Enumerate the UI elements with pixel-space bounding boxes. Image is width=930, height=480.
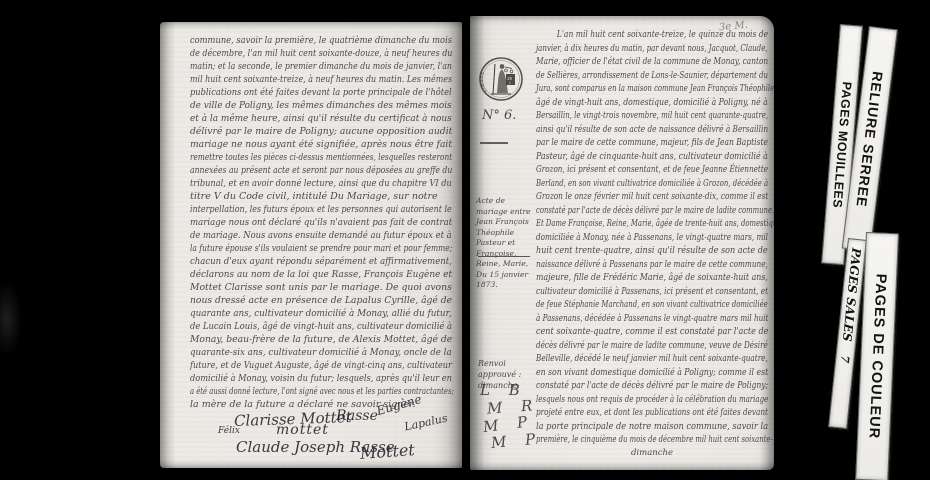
handwritten-line: quarante ans, cultivateur domicilié à Mo… [190, 307, 433, 320]
act-number: N° 6. [482, 108, 516, 123]
handwritten-line: constaté par l'acte de décès délivré par… [536, 379, 722, 393]
handwritten-line: cultivateur domicilié à Passenans, ici p… [536, 285, 714, 299]
handwritten-line: matin; et la seconde, le premier dimanch… [190, 60, 406, 73]
margin-note-line: Jean François Théophile [476, 217, 534, 238]
microfilm-scan-viewport: { "scan": { "colors": { "background": "#… [0, 0, 930, 480]
right-page-text: L'an mil huit cent soixante-treize, le q… [536, 28, 768, 447]
handwritten-line: de ville de Poligny, les mêmes dimanches… [190, 99, 434, 112]
svg-text:TIMBRE: TIMBRE [478, 70, 488, 94]
signature: Lapalus [403, 412, 448, 434]
register-book: commune, savoir la première, le quatrièm… [160, 14, 774, 472]
handwritten-line: la future épouse s'ils voulaient se pren… [190, 242, 398, 255]
left-page-text: commune, savoir la première, le quatrièm… [190, 34, 452, 411]
handwritten-line: de Lucain Louis, âgé de vingt-huit ans, … [190, 320, 420, 333]
handwritten-line: majeure, fille de Frédéric Marie, âgé de… [536, 271, 728, 285]
label-text: PAGES DE COULEUR [865, 274, 888, 440]
handwritten-line: Grozon le onze février mil huit cent soi… [536, 190, 716, 204]
margin-note-line: Pasteur et [476, 238, 534, 249]
renvoi-line: Renvoi approuvé : [478, 358, 536, 380]
handwritten-line: à Passenans, décédée à Passenans le ving… [536, 312, 711, 326]
left-page: commune, savoir la première, le quatrièm… [160, 22, 462, 468]
stamp-ring-text: TIMBRE [478, 70, 488, 94]
handwritten-line: de décembre, l'an mil huit cent soixante… [190, 47, 410, 60]
handwritten-line: par le maire de cette commune, majeur, f… [536, 136, 720, 150]
margin-note-line: Françoise, Reine, Marie, [476, 249, 534, 270]
handwritten-line: domiciliée à Monay, née à Passenans, le … [536, 231, 714, 245]
handwritten-line: huit cent trente-quatre, ainsi qu'il rés… [536, 244, 733, 258]
handwritten-line: titre V du Code civil, intitulé Du Maria… [190, 190, 452, 203]
handwritten-line: publications ont été faites devant la po… [190, 86, 418, 99]
handwritten-line: a été aussi donné lecture, l'ont signé a… [190, 385, 379, 398]
handwritten-line: projeté entre eux, et dont les publicati… [536, 406, 713, 420]
handwritten-line: annexées au présent acte et seront par n… [190, 164, 402, 177]
margin-note-act-title: Acte de mariage entreJean François Théop… [476, 196, 534, 291]
handwritten-line: Jura, sont comparus en la maison commune… [536, 82, 703, 96]
handwritten-line: la porte principale de notre maison comm… [536, 420, 738, 434]
handwritten-line: domicilié à Monay, voisin du futur; lesq… [190, 372, 417, 385]
right-page: 3e M. TIMBRE 2h 1 N° 6. Acte de mariage … [470, 16, 774, 470]
margin-note-line: Du 15 janvier 1873. [476, 270, 534, 291]
signature: Rasse [336, 408, 378, 424]
handwritten-line: Belleville, décédé le neuf janvier mil h… [536, 352, 714, 366]
handwritten-line: interpellation, les futurs époux et les … [190, 203, 409, 216]
handwritten-line: future, et de Vuguet Auguste, âgé de vin… [190, 359, 413, 372]
handwritten-line: déclarons au nom de la loi que Rasse, Fr… [190, 268, 436, 281]
handwritten-line: et à la même heure, ainsi qu'il résulte … [190, 112, 436, 125]
handwritten-line: Berland, en son vivant cultivatrice domi… [536, 177, 705, 191]
handwritten-line: mil huit cent soixante-treize, à neuf he… [190, 73, 409, 86]
handwritten-line: Et Dame Françoise, Reine, Marie, âgée de… [536, 217, 703, 231]
handwritten-line: remettre toutes les pièces ci-dessus men… [190, 151, 393, 164]
stamp-denomination-sub: 1 [509, 81, 511, 85]
handwritten-line: de Sellières, arrondissement de Lons-le-… [536, 69, 707, 83]
handwritten-line: première, le cinquième du mois de décemb… [536, 433, 703, 447]
handwritten-line: de feue Stéphanie Marchand, en son vivan… [536, 298, 704, 312]
handwritten-line: naissance délivré à Passenans par le mai… [536, 258, 714, 272]
paraph-initials: L BM RM PM P [480, 382, 534, 450]
handwritten-line: Grozon, ici présent et consentant, et de… [536, 163, 713, 177]
handwritten-line: Bersaillin, le vingt-trois novembre, mil… [536, 109, 706, 123]
signature: Mottet [359, 440, 415, 463]
handwritten-line: ainsi qu'il résulte de son acte de naiss… [536, 123, 715, 137]
handwritten-line: janvier, à dix heures du matin, par deva… [536, 42, 708, 56]
revenue-stamp-icon: TIMBRE 2h 1 [478, 55, 524, 103]
handwritten-line: mariage ne nous ayant été signifiée, apr… [190, 138, 442, 151]
label-text: RELIURE SERREE [853, 70, 886, 208]
handwritten-line: mariage nous ont déclaré qu'ils n'avaien… [190, 216, 427, 229]
interline-correction: dimanche [536, 448, 768, 458]
handwritten-line: Marie, officier de l'état civil de la co… [536, 55, 717, 69]
handwritten-line: Mottet Clarisse sont unis par le mariage… [190, 281, 445, 294]
handwritten-line: âgé de vingt-huit ans, domestique, domic… [536, 96, 724, 110]
margin-note-line: Acte de mariage entre [476, 196, 534, 217]
handwritten-line: quarante-six ans, cultivateur domicilié … [190, 346, 429, 359]
handwritten-line: en son vivant domestique domicilié à Pol… [536, 366, 726, 380]
handwritten-line: nous dressé acte en présence de Lapalus … [190, 294, 443, 307]
handwritten-line: décès délivré par le maire de ladite com… [536, 339, 713, 353]
handwritten-line: délivré par le maire de Poligny; aucune … [190, 125, 444, 138]
handwritten-line: commune, savoir la première, le quatrièm… [190, 34, 420, 47]
handwritten-line: constaté par l'acte de décès délivré par… [536, 204, 703, 218]
handwritten-line: Monay, beau-frère de la future, de Alexi… [190, 333, 444, 346]
margin-dash [480, 142, 508, 144]
handwritten-line: chacun d'eux ayant répondu séparément et… [190, 255, 425, 268]
handwritten-line: tribunal, et en avoir donné lecture, ain… [190, 177, 417, 190]
film-smudge [0, 282, 22, 356]
signature: Félix [218, 426, 240, 436]
handwritten-line: lesquels nous ont requis de procéder à l… [536, 393, 707, 407]
signature: mottet [276, 422, 329, 438]
label-extra-mark: 7 [838, 355, 852, 364]
margin-note-underline [478, 256, 530, 257]
handwritten-line: Pasteur, âgé de cinquante-huit ans, cult… [536, 150, 728, 164]
paraph-row: M P [490, 431, 534, 452]
handwritten-line: L'an mil huit cent soixante-treize, le q… [536, 28, 722, 42]
handwritten-line: de mariage. Nous avons ensuite demandé a… [190, 229, 421, 242]
handwritten-line: cent soixante-quatre, comme il est const… [536, 325, 733, 339]
